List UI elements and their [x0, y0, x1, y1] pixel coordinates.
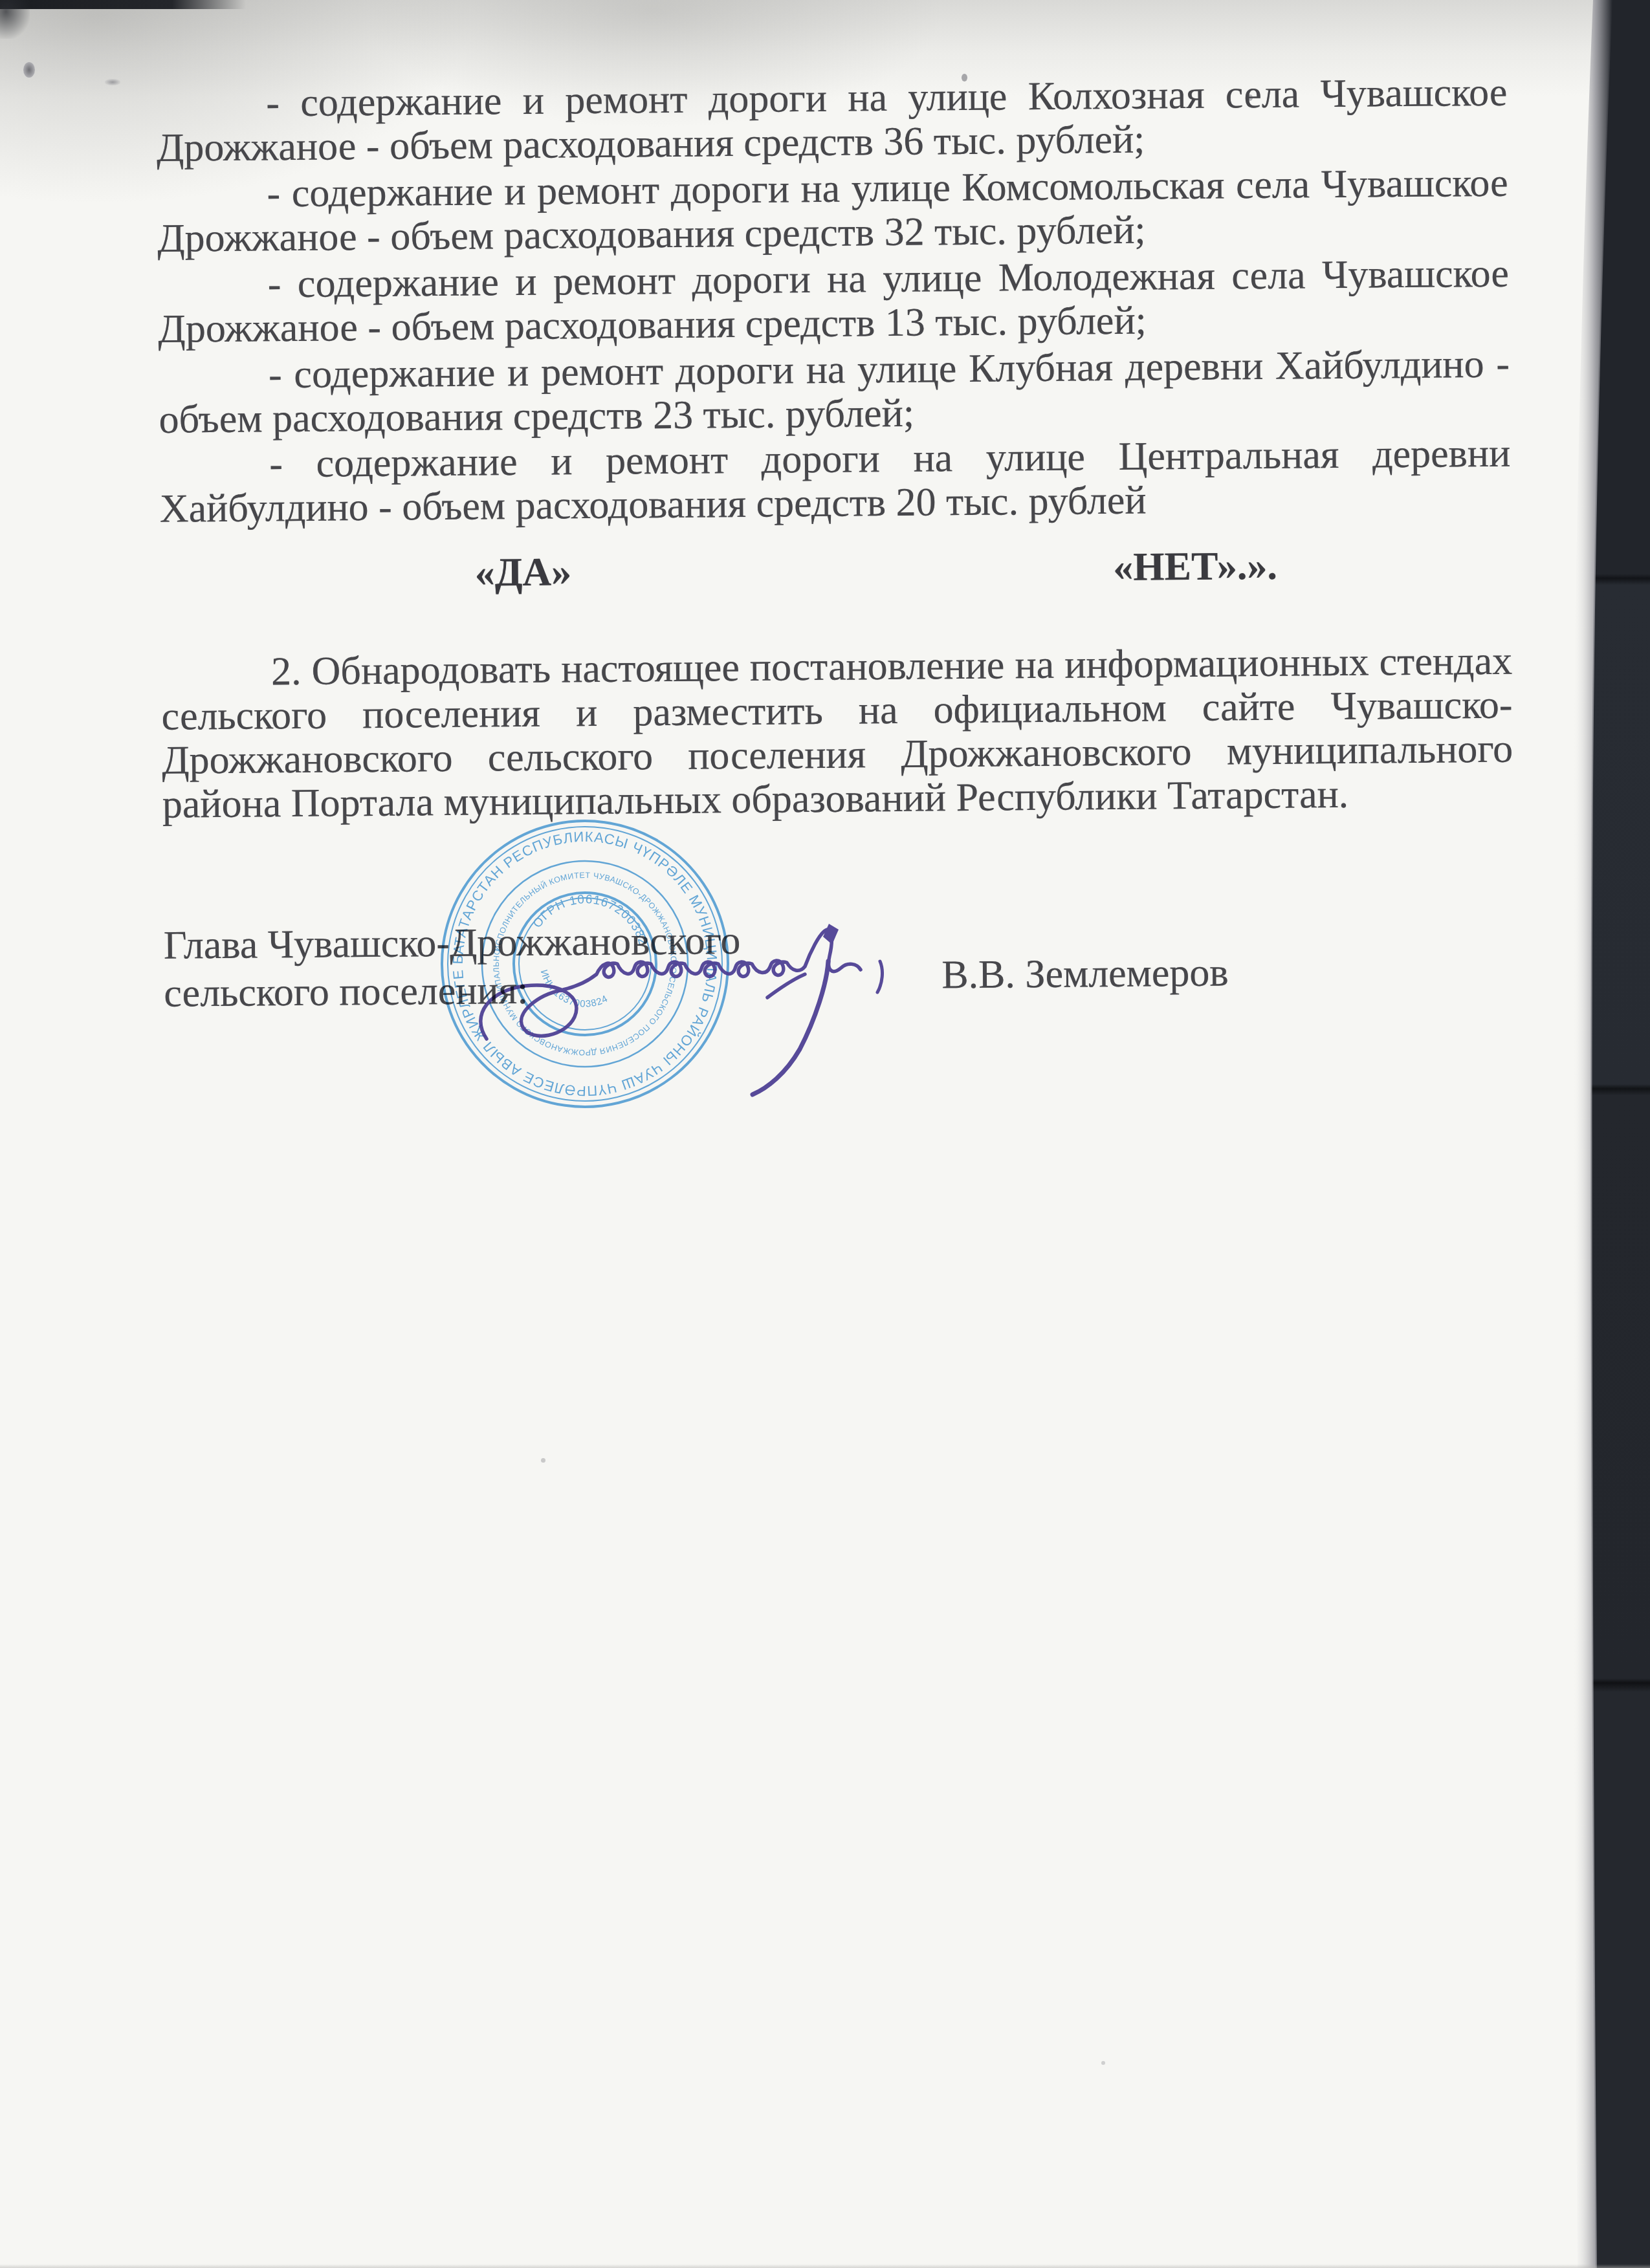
scan-edge-band-right [0, 0, 1650, 2268]
scan-edge-bottom [0, 2264, 1650, 2268]
scanned-document-page: - содержание и ремонт дороги на улице Ко… [0, 0, 1650, 2268]
